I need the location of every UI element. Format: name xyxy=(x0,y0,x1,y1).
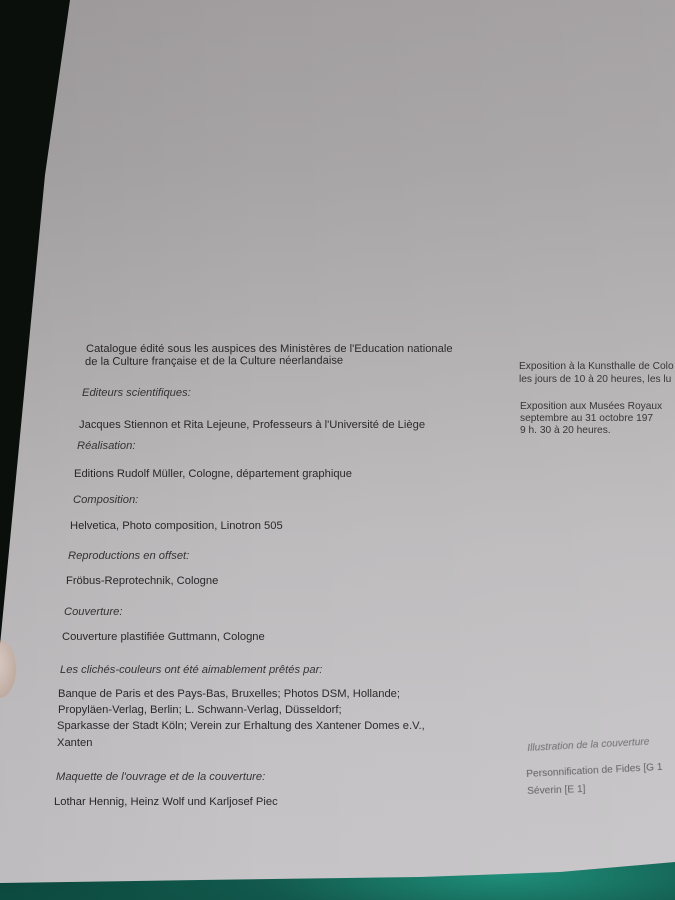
cover-illustration-line-1: Personnification de Fides [G 1 xyxy=(526,762,663,781)
cover-illustration-line-2: Séverin [E 1] xyxy=(527,784,586,798)
section-label-editors: Editeurs scientifiques: xyxy=(82,387,191,400)
section-label-couverture: Couverture: xyxy=(64,606,122,619)
intro-line-2: de la Culture française et de la Culture… xyxy=(85,355,343,369)
section-label-reproductions: Reproductions en offset: xyxy=(68,550,189,563)
section-value-cliches-line-3: Sparkasse der Stadt Köln; Verein zur Erh… xyxy=(57,720,425,733)
section-label-realisation: Réalisation: xyxy=(77,440,135,453)
book-page: Catalogue édité sous les auspices des Mi… xyxy=(0,0,675,900)
section-label-maquette: Maquette de l'ouvrage et de la couvertur… xyxy=(56,771,265,784)
section-value-realisation: Editions Rudolf Müller, Cologne, départe… xyxy=(74,468,352,481)
thumb-finger xyxy=(0,640,16,698)
exhibition-cologne-line-1: Exposition à la Kunsthalle de Colo xyxy=(519,361,674,373)
exhibition-brussels-line-3: 9 h. 30 à 20 heures. xyxy=(520,425,611,437)
section-value-cliches-line-1: Banque de Paris et des Pays-Bas, Bruxell… xyxy=(58,688,400,701)
section-value-cliches-line-4: Xanten xyxy=(57,737,92,750)
section-label-cliches: Les clichés-couleurs ont été aimablement… xyxy=(60,664,322,677)
section-value-maquette: Lothar Hennig, Heinz Wolf und Karljosef … xyxy=(54,796,278,809)
exhibition-cologne-line-2: les jours de 10 à 20 heures, les lu xyxy=(519,374,671,386)
exhibition-brussels-line-2: septembre au 31 octobre 197 xyxy=(520,413,653,425)
section-value-couverture: Couverture plastifiée Guttmann, Cologne xyxy=(62,631,265,644)
exhibition-brussels-line-1: Exposition aux Musées Royaux xyxy=(520,401,662,413)
section-value-composition: Helvetica, Photo composition, Linotron 5… xyxy=(70,520,283,533)
section-value-cliches-line-2: Propyläen-Verlag, Berlin; L. Schwann-Ver… xyxy=(58,704,342,717)
section-value-reproductions: Fröbus-Reprotechnik, Cologne xyxy=(66,575,218,588)
cover-illustration-label: Illustration de la couverture xyxy=(527,737,650,755)
section-value-editors: Jacques Stiennon et Rita Lejeune, Profes… xyxy=(79,419,425,432)
section-label-composition: Composition: xyxy=(73,494,138,507)
intro-line-1: Catalogue édité sous les auspices des Mi… xyxy=(86,343,453,356)
